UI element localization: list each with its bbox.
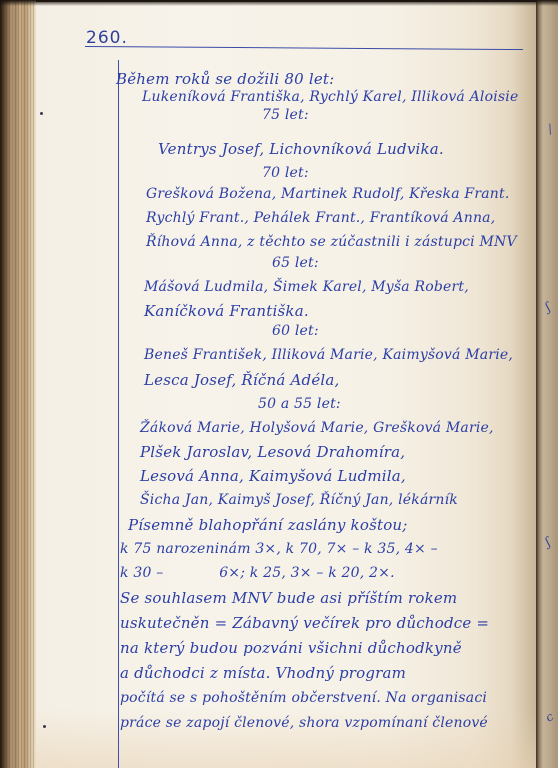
text-line: a důchodci z místa. Vhodný program: [120, 664, 406, 682]
text-line: k 75 narozeninám 3×, k 70, 7× – k 35, 4×…: [120, 540, 438, 558]
text-line: Během roků se dožili 80 let:: [116, 70, 334, 88]
names-line: Šicha Jan, Kaimyš Josef, Říčný Jan, léká…: [140, 491, 458, 509]
names-line: Kaníčková Františka.: [144, 302, 309, 320]
names-line: Říhová Anna, z těchto se zúčastnili i zá…: [146, 233, 517, 251]
names-line: Rychlý Frant., Pehálek Frant., Frantíkov…: [146, 209, 495, 227]
names-line: Grešková Božena, Martinek Rudolf, Křeska…: [146, 185, 509, 203]
text-line: na který budou pozváni všichni důchodkyn…: [120, 639, 462, 657]
names-line: Žáková Marie, Holyšová Marie, Grešková M…: [140, 419, 494, 437]
scanned-book-page: / ʃ ʃ c 260. Během roků se dožili 80 let…: [0, 0, 558, 768]
text-line: uskutečněn = Zábavný večírek pro důchodc…: [120, 614, 489, 632]
text-line: k 30 – 6×; k 25, 3× – k 20, 2×.: [120, 564, 395, 582]
age-heading: 65 let:: [272, 254, 319, 272]
handwritten-text: Během roků se dožili 80 let: Lukeníková …: [0, 0, 558, 768]
text-line: počítá se s pohoštěním občerstvení. Na o…: [120, 689, 487, 707]
age-heading: 70 let:: [262, 164, 309, 182]
age-heading: 50 a 55 let:: [258, 395, 341, 413]
names-line: Lesca Josef, Říčná Adéla,: [144, 371, 340, 389]
names-line: Ventrys Josef, Lichovníková Ludvika.: [158, 140, 444, 158]
text-line: Se souhlasem MNV bude asi příštím rokem: [120, 589, 457, 607]
text-line: práce se zapojí členové, shora vzpomínan…: [120, 714, 488, 732]
names-line: Lukeníková Františka, Rychlý Karel, Illi…: [142, 88, 518, 106]
names-line: Lesová Anna, Kaimyšová Ludmila,: [140, 467, 406, 485]
names-line: Beneš František, Illiková Marie, Kaimyšo…: [144, 346, 513, 364]
age-heading: 60 let:: [272, 322, 319, 340]
names-line: Plšek Jaroslav, Lesová Drahomíra,: [140, 443, 405, 461]
age-heading: 75 let:: [262, 106, 309, 124]
names-line: Mášová Ludmila, Šimek Karel, Myša Robert…: [144, 278, 469, 296]
text-line: Písemně blahopřání zaslány koštou;: [128, 516, 408, 534]
